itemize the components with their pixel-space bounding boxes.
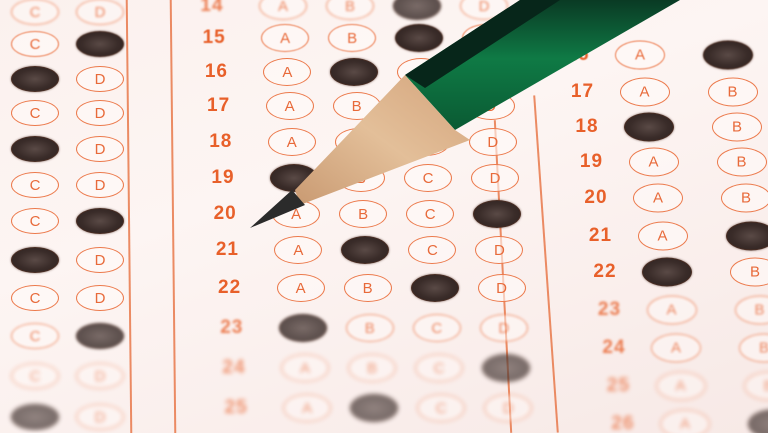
answer-bubble-c: C bbox=[11, 285, 59, 311]
answer-bubble-a: A bbox=[656, 372, 706, 401]
answer-bubble-d: D bbox=[76, 208, 124, 234]
answer-bubble-b: B bbox=[726, 222, 768, 251]
question-number: 18 bbox=[209, 131, 232, 153]
answer-bubble-a: A bbox=[283, 394, 331, 422]
answer-bubble-a: A bbox=[266, 92, 314, 120]
question-number: 23 bbox=[598, 299, 621, 321]
question-number: 19 bbox=[580, 151, 603, 173]
answer-bubble-b: B bbox=[730, 258, 768, 287]
answer-bubble-c: C bbox=[11, 66, 59, 92]
answer-bubble-c: C bbox=[411, 274, 459, 302]
question-number: 16 bbox=[566, 44, 589, 66]
answer-bubble-c: C bbox=[417, 394, 465, 422]
answer-bubble-c: C bbox=[11, 136, 59, 162]
answer-bubble-a: A bbox=[638, 222, 688, 251]
answer-bubble-c: C bbox=[11, 404, 59, 430]
answer-bubble-a: A bbox=[268, 128, 316, 156]
answer-bubble-d: D bbox=[76, 247, 124, 273]
answer-bubble-a: A bbox=[629, 148, 679, 177]
answer-bubble-d: D bbox=[76, 100, 124, 126]
answer-bubble-d: D bbox=[471, 164, 519, 192]
answer-sheet-photo: CDCDCDCDCDCDCDCDCDCDCDCD 14ABCD15ABCD16A… bbox=[0, 0, 768, 433]
answer-bubble-d: D bbox=[76, 0, 124, 25]
answer-bubble-b: B bbox=[326, 0, 374, 20]
answer-bubble-b: B bbox=[348, 354, 396, 382]
question-number: 14 bbox=[200, 0, 223, 17]
question-number: 21 bbox=[589, 225, 612, 247]
answer-bubble-a: A bbox=[615, 41, 665, 70]
answer-bubble-a: A bbox=[642, 258, 692, 287]
answer-bubble-d: D bbox=[76, 66, 124, 92]
answer-bubble-c: C bbox=[11, 172, 59, 198]
answer-bubble-b: B bbox=[330, 58, 378, 86]
answer-bubble-b: B bbox=[712, 113, 762, 142]
answer-bubble-a: A bbox=[274, 236, 322, 264]
question-number: 24 bbox=[222, 357, 245, 379]
question-number: 17 bbox=[207, 95, 230, 117]
question-number: 18 bbox=[575, 116, 598, 138]
answer-bubble-d: D bbox=[464, 58, 512, 86]
answer-bubble-c: C bbox=[397, 58, 445, 86]
answer-bubble-c: C bbox=[402, 128, 450, 156]
question-number: 16 bbox=[205, 61, 228, 83]
question-number: 20 bbox=[584, 187, 607, 209]
answer-bubble-d: D bbox=[76, 136, 124, 162]
question-number: 17 bbox=[571, 81, 594, 103]
answer-bubble-c: C bbox=[406, 200, 454, 228]
question-number: 19 bbox=[211, 167, 234, 189]
answer-bubble-b: B bbox=[344, 274, 392, 302]
answer-bubble-d: D bbox=[76, 172, 124, 198]
answer-bubble-b: B bbox=[335, 128, 383, 156]
answer-bubble-b: B bbox=[337, 164, 385, 192]
answer-bubble-c: C bbox=[11, 247, 59, 273]
answer-bubble-d: D bbox=[473, 200, 521, 228]
answer-bubble-c: C bbox=[408, 236, 456, 264]
answer-bubble-c: C bbox=[400, 92, 448, 120]
answer-bubble-b: B bbox=[328, 24, 376, 52]
question-number: 25 bbox=[607, 375, 630, 397]
answer-bubble-c: C bbox=[395, 24, 443, 52]
question-number: 20 bbox=[214, 203, 237, 225]
answer-bubble-b: B bbox=[703, 41, 753, 70]
answer-bubble-d: D bbox=[462, 24, 510, 52]
answer-bubble-c: C bbox=[11, 208, 59, 234]
question-number: 26 bbox=[611, 413, 634, 433]
answer-bubble-a: A bbox=[261, 24, 309, 52]
answer-bubble-d: D bbox=[469, 128, 517, 156]
answer-bubble-d: D bbox=[467, 92, 515, 120]
answer-bubble-d: D bbox=[482, 354, 530, 382]
answer-bubble-d: D bbox=[478, 274, 526, 302]
answer-bubble-a: A bbox=[277, 274, 325, 302]
answer-bubble-c: C bbox=[11, 0, 59, 25]
answer-bubble-d: D bbox=[76, 31, 124, 57]
answer-bubble-a: A bbox=[281, 354, 329, 382]
answer-bubble-a: A bbox=[647, 296, 697, 325]
answer-bubble-d: D bbox=[475, 236, 523, 264]
answer-bubble-b: B bbox=[721, 184, 768, 213]
answer-bubble-c: C bbox=[11, 31, 59, 57]
answer-bubble-c: C bbox=[413, 314, 461, 342]
answer-bubble-b: B bbox=[346, 314, 394, 342]
answer-bubble-d: D bbox=[76, 323, 124, 349]
question-number: 23 bbox=[220, 317, 243, 339]
question-number: 22 bbox=[593, 261, 616, 283]
answer-bubble-c: C bbox=[11, 100, 59, 126]
answer-bubble-b: B bbox=[333, 92, 381, 120]
answer-bubble-d: D bbox=[76, 404, 124, 430]
answer-bubble-c: C bbox=[11, 323, 59, 349]
column-divider bbox=[170, 0, 177, 433]
answer-bubble-b: B bbox=[717, 148, 767, 177]
question-number: 24 bbox=[602, 337, 625, 359]
answer-bubble-d: D bbox=[484, 394, 532, 422]
answer-bubble-d: D bbox=[76, 363, 124, 389]
answer-bubble-c: C bbox=[415, 354, 463, 382]
answer-bubble-a: A bbox=[620, 78, 670, 107]
column-divider bbox=[126, 0, 133, 433]
answer-bubble-a: A bbox=[272, 200, 320, 228]
answer-bubble-b: B bbox=[748, 410, 768, 433]
answer-bubble-a: A bbox=[263, 58, 311, 86]
answer-bubble-a: A bbox=[270, 164, 318, 192]
answer-bubble-b: B bbox=[339, 200, 387, 228]
answer-bubble-d: D bbox=[480, 314, 528, 342]
answer-bubble-d: D bbox=[76, 285, 124, 311]
question-number: 21 bbox=[216, 239, 239, 261]
answer-bubble-c: C bbox=[393, 0, 441, 20]
answer-bubble-d: D bbox=[460, 0, 508, 20]
answer-bubble-b: B bbox=[744, 372, 768, 401]
answer-bubble-a: A bbox=[279, 314, 327, 342]
answer-bubble-c: C bbox=[11, 363, 59, 389]
answer-bubble-a: A bbox=[259, 0, 307, 20]
answer-bubble-a: A bbox=[651, 334, 701, 363]
answer-bubble-b: B bbox=[735, 296, 768, 325]
answer-bubble-b: B bbox=[739, 334, 768, 363]
answer-bubble-a: A bbox=[660, 410, 710, 433]
answer-bubble-a: A bbox=[624, 113, 674, 142]
question-number: 25 bbox=[225, 397, 248, 419]
answer-bubble-a: A bbox=[633, 184, 683, 213]
answer-bubble-b: B bbox=[350, 394, 398, 422]
answer-bubble-c: C bbox=[404, 164, 452, 192]
question-number: 15 bbox=[203, 27, 226, 49]
answer-bubble-b: B bbox=[341, 236, 389, 264]
column-divider bbox=[533, 95, 559, 432]
question-number: 22 bbox=[218, 277, 241, 299]
answer-bubble-b: B bbox=[708, 78, 758, 107]
